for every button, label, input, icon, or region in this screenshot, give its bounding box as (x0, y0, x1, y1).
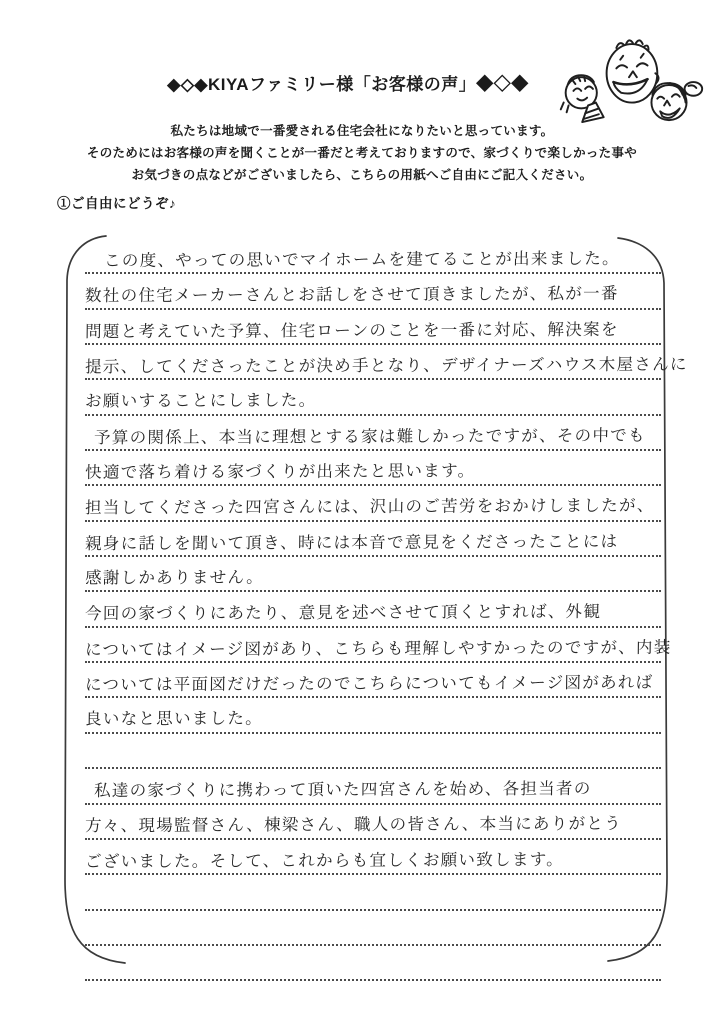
handwriting-line: 親身に話しを聞いて頂き、時には本音で意見をくださったことには (85, 522, 661, 557)
free-comment-prompt-label: ①ご自由にどうぞ♪ (57, 192, 176, 212)
handwritten-text: ございました。そして、これからも宜しくお願い致します。 (85, 852, 564, 875)
handwriting-line-blank (85, 946, 661, 981)
handwriting-line: お願いすることにしました。 (85, 380, 661, 415)
handwritten-text: 数社の住宅メーカーさんとお話しをさせて頂きましたが、私が一番 (85, 286, 619, 309)
customer-voice-sheet: ◆◇◆KIYAファミリー様「お客様の声」◆◇◆ (0, 0, 724, 1024)
handwritten-text: 問題と考えていた予算、住宅ローンのことを一番に対応、解決案を (85, 321, 619, 344)
intro-line-3: お気づきの点などがございましたら、こちらの用紙へご自由にご記入ください。 (0, 164, 724, 186)
handwriting-line: 数社の住宅メーカーさんとお話しをさせて頂きましたが、私が一番 (85, 274, 661, 309)
handwritten-text: 予算の関係上、本当に理想とする家は難しかったですが、その中でも (85, 427, 646, 450)
handwriting-line: この度、やっての思いでマイホームを建てることが出来ました。 (85, 239, 661, 274)
handwritten-text: 方々、現場監督さん、棟梁さん、職人の皆さん、本当にありがとう (85, 816, 622, 839)
handwriting-line: についてはイメージ図があり、こちらも理解しやすかったのですが、内装 (85, 628, 661, 663)
intro-line-2: そのためにはお客様の声を聞くことが一番だと考えておりますので、家づくりで楽しかっ… (0, 142, 724, 164)
handwriting-line: 担当してくださった四宮さんには、沢山のご苦労をおかけしましたが、 (85, 486, 661, 521)
handwriting-line: 方々、現場監督さん、棟梁さん、職人の皆さん、本当にありがとう (85, 805, 661, 840)
handwriting-line: 提示、してくださったことが決め手となり、デザイナーズハウス木屋さんに (85, 345, 661, 380)
handwriting-line: 良いなと思いました。 (85, 698, 661, 733)
handwriting-line: 予算の関係上、本当に理想とする家は難しかったですが、その中でも (85, 416, 661, 451)
handwritten-text: 提示、してくださったことが決め手となり、デザイナーズハウス木屋さんに (85, 357, 688, 380)
handwriting-line: 今回の家づくりにあたり、意見を述べさせて頂くとすれば、外観 (85, 592, 661, 627)
handwritten-text: については平面図だけだったのでこちらについてもイメージ図があれば (85, 675, 654, 698)
handwriting-line-blank (85, 875, 661, 910)
handwritten-text: 担当してくださった四宮さんには、沢山のご苦労をおかけしましたが、 (85, 498, 655, 521)
handwriting-line: ございました。そして、これからも宜しくお願い致します。 (85, 840, 661, 875)
handwriting-line: 問題と考えていた予算、住宅ローンのことを一番に対応、解決案を (85, 310, 661, 345)
writing-lines: この度、やっての思いでマイホームを建てることが出来ました。 数社の住宅メーカーさ… (85, 239, 661, 981)
handwriting-line: 快適で落ち着ける家づくりが出来たと思います。 (85, 451, 661, 486)
handwriting-line: 私達の家づくりに携わって頂いた四宮さんを始め、各担当者の (85, 769, 661, 804)
intro-text: 私たちは地域で一番愛される住宅会社になりたいと思っています。 そのためにはお客様… (0, 120, 724, 186)
handwritten-text: 親身に話しを聞いて頂き、時には本音で意見をくださったことには (85, 533, 619, 556)
handwritten-text: 良いなと思いました。 (85, 711, 263, 732)
feedback-box: この度、やっての思いでマイホームを建てることが出来ました。 数社の住宅メーカーさ… (62, 230, 668, 980)
handwriting-line-blank (85, 911, 661, 946)
handwriting-line: 感謝しかありません。 (85, 557, 661, 592)
handwritten-text: 感謝しかありません。 (85, 570, 264, 591)
handwritten-text: 私達の家づくりに携わって頂いた四宮さんを始め、各担当者の (85, 781, 592, 804)
handwriting-line-blank (85, 734, 661, 769)
intro-line-1: 私たちは地域で一番愛される住宅会社になりたいと思っています。 (0, 120, 724, 142)
handwriting-line: については平面図だけだったのでこちらについてもイメージ図があれば (85, 663, 661, 698)
handwritten-text: についてはイメージ図があり、こちらも理解しやすかったのですが、内装 (85, 639, 672, 662)
handwritten-text: お願いすることにしました。 (85, 393, 317, 415)
handwritten-text: 今回の家づくりにあたり、意見を述べさせて頂くとすれば、外観 (85, 604, 601, 627)
handwritten-text: 快適で落ち着ける家づくりが出来たと思います。 (85, 463, 476, 485)
handwritten-text: この度、やっての思いでマイホームを建てることが出来ました。 (85, 251, 620, 274)
